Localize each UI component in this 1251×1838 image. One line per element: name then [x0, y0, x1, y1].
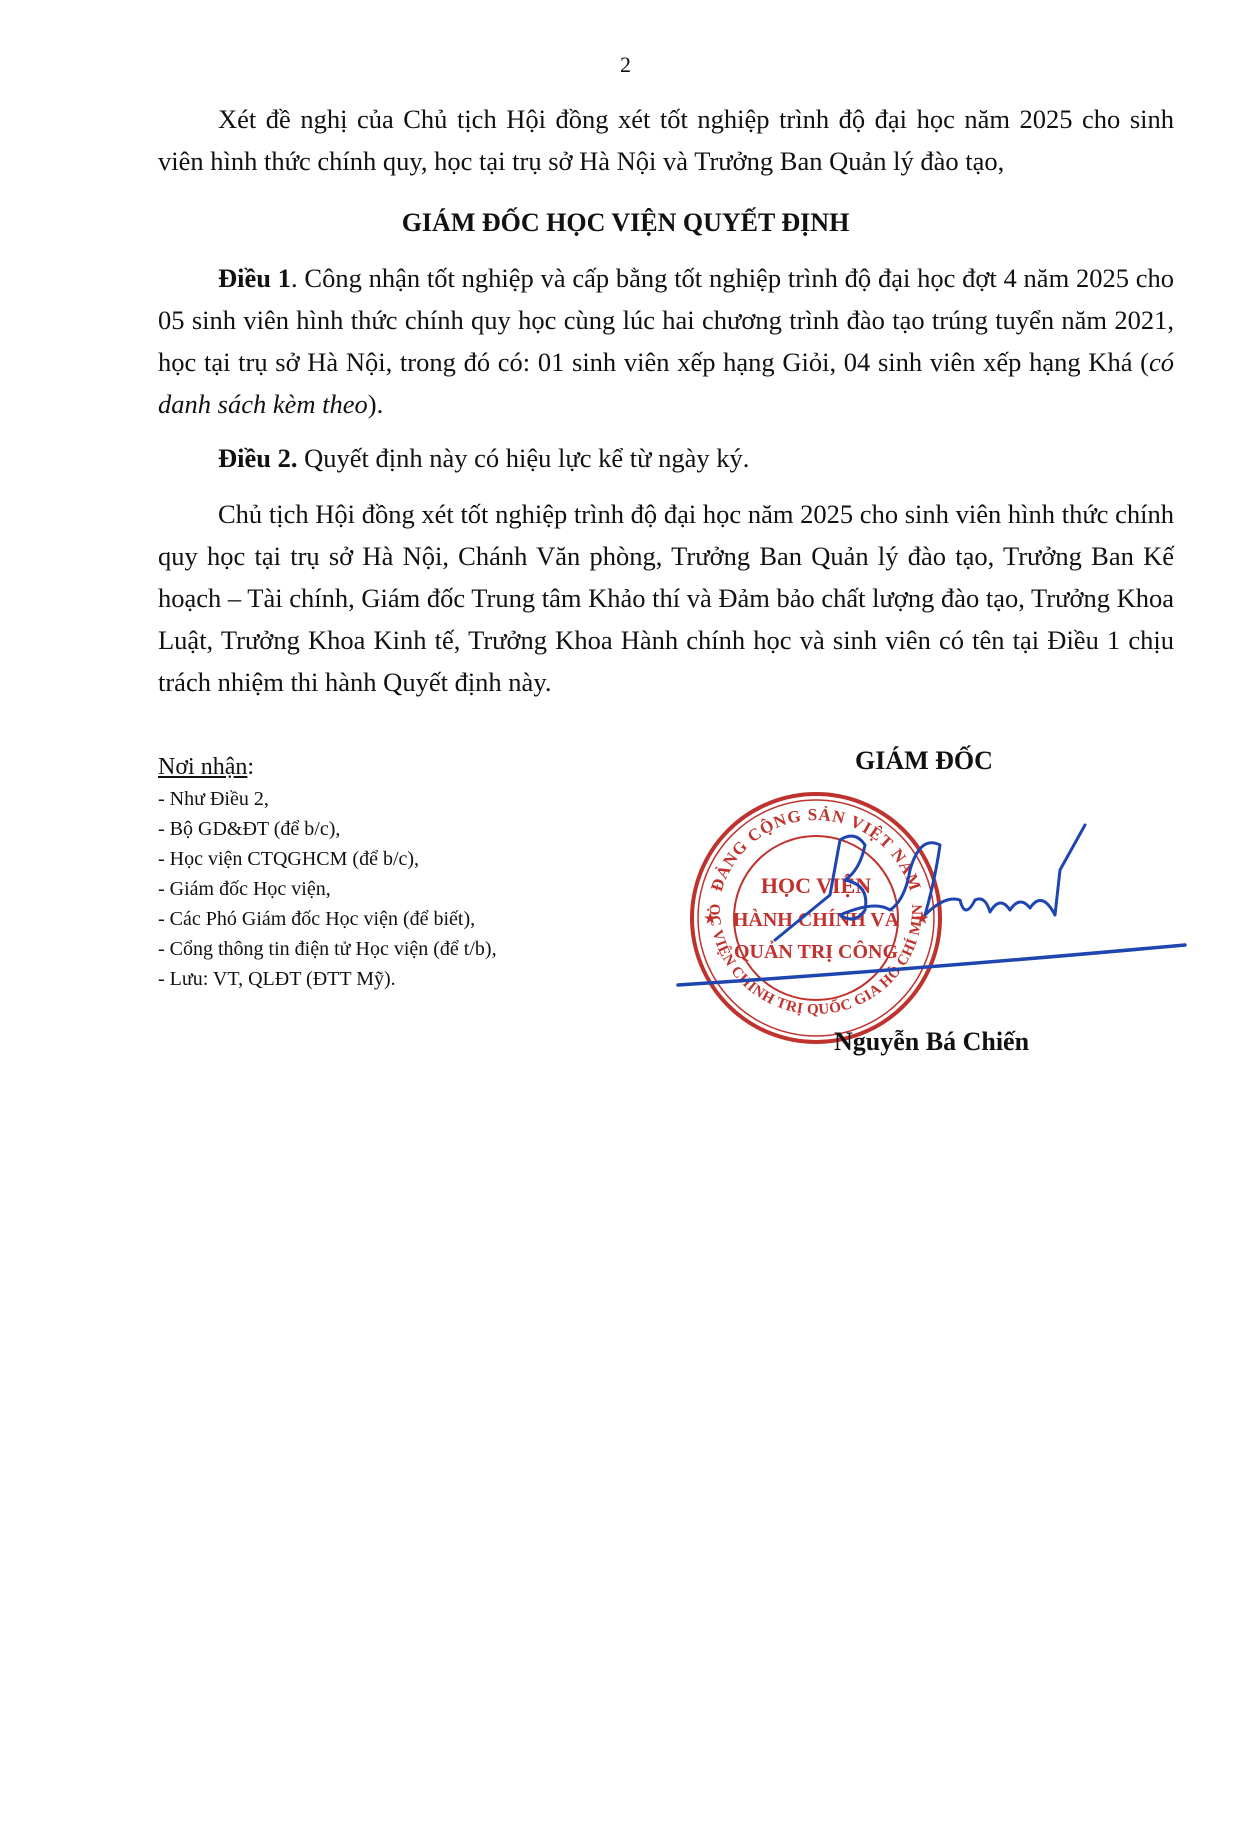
article-2-label: Điều 2.	[218, 443, 298, 473]
article-2-text: Quyết định này có hiệu lực kể từ ngày ký…	[298, 443, 750, 473]
article-1-end: ).	[368, 389, 383, 419]
execution-text: Chủ tịch Hội đồng xét tốt nghiệp trình đ…	[158, 499, 1174, 697]
recipient-item: - Cổng thông tin điện tử Học viện (để t/…	[158, 934, 497, 964]
recipient-item: - Như Điều 2,	[158, 784, 497, 814]
recipients-block: Nơi nhận: - Như Điều 2, - Bộ GD&ĐT (để b…	[158, 750, 497, 994]
article-1-paragraph: Điều 1. Công nhận tốt nghiệp và cấp bằng…	[158, 257, 1174, 425]
execution-paragraph: Chủ tịch Hội đồng xét tốt nghiệp trình đ…	[158, 493, 1174, 703]
recipient-item: - Lưu: VT, QLĐT (ĐTT Mỹ).	[158, 964, 497, 994]
page-number: 2	[0, 52, 1251, 78]
decision-title: GIÁM ĐỐC HỌC VIỆN QUYẾT ĐỊNH	[0, 208, 1251, 238]
preamble-paragraph: Xét đề nghị của Chủ tịch Hội đồng xét tố…	[158, 98, 1174, 182]
recipients-heading: Nơi nhận:	[158, 750, 497, 784]
recipient-item: - Các Phó Giám đốc Học viện (để biết),	[158, 904, 497, 934]
signatory-name: Nguyễn Bá Chiến	[834, 1027, 1029, 1057]
preamble-text: Xét đề nghị của Chủ tịch Hội đồng xét tố…	[158, 104, 1174, 176]
article-1-label: Điều 1	[218, 263, 291, 293]
signatory-title: GIÁM ĐỐC	[855, 746, 993, 776]
signature-icon	[660, 800, 1200, 1000]
article-1-text: . Công nhận tốt nghiệp và cấp bằng tốt n…	[158, 263, 1174, 377]
recipient-item: - Giám đốc Học viện,	[158, 874, 497, 904]
recipient-item: - Học viện CTQGHCM (để b/c),	[158, 844, 497, 874]
recipient-item: - Bộ GD&ĐT (để b/c),	[158, 814, 497, 844]
article-2-paragraph: Điều 2. Quyết định này có hiệu lực kể từ…	[158, 437, 1174, 479]
